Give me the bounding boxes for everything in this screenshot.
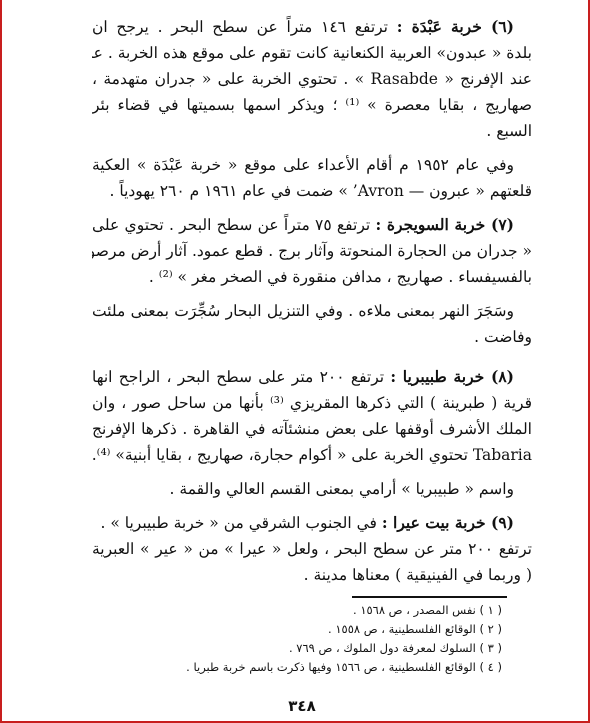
- section-heading: (٦) خربة عَبْدَة :: [397, 17, 514, 36]
- text-line: ( وربما في الفينيقية ) معناها مدينة .: [92, 562, 532, 588]
- text-line: الملك الأشرف أوقفها على بعض منشئآته في ا…: [92, 416, 532, 442]
- text-line: بلدة « عبدون» العربية الكنعانية كانت تقو…: [92, 40, 532, 66]
- section-6: (٦) خربة عَبْدَة : ترتفع ١٤٦ متراً عن سط…: [92, 14, 532, 144]
- section-heading: (٩) خربة بيت عيرا :: [382, 513, 514, 532]
- text-line: (٨) خربة طبيبريا : ترتفع ٢٠٠ متر على سطح…: [92, 364, 532, 390]
- section-7: (٧) خربة السويجرة : ترتفع ٧٥ متراً عن سط…: [92, 212, 532, 290]
- text-line: « جدران من الحجارة المنحوتة وآثار برج . …: [92, 238, 532, 264]
- body-text: (٦) خربة عَبْدَة : ترتفع ١٤٦ متراً عن سط…: [92, 14, 532, 596]
- text-line: وفي عام ١٩٥٢ م أقام الأعداء على موقع « خ…: [92, 152, 532, 178]
- text-line: (٧) خربة السويجرة : ترتفع ٧٥ متراً عن سط…: [92, 212, 532, 238]
- page-number: ٣٤٨: [272, 697, 332, 715]
- text-line: قلعتهم « عبرون — Avron’ » ضمت في عام ١٩٦…: [92, 178, 532, 204]
- section-8-continued: واسم « طبيبريا » أرامي بمعنى القسم العال…: [92, 476, 532, 502]
- section-heading: (٨) خربة طبيبريا :: [390, 367, 514, 386]
- text-line: عند الإفرنج « Rasabde » . تحتوي الخربة ع…: [92, 66, 532, 92]
- section-9: (٩) خربة بيت عيرا : في الجنوب الشرقي من …: [92, 510, 532, 588]
- footnote-4: ( ٤ ) الوقائع الفلسطينية ، ص ١٥٦٦ وفيها …: [152, 658, 502, 677]
- footnote-1: ( ١ ) نفس المصدر ، ص ١٥٦٨ .: [152, 601, 502, 620]
- text-line: ترتفع ٢٠٠ متر عن سطح البحر ، ولعل « عيرا…: [92, 536, 532, 562]
- text-line: Tabaria تحتوي الخربة على « أكوام حجارة، …: [92, 442, 532, 468]
- footnotes: ( ١ ) نفس المصدر ، ص ١٥٦٨ . ( ٢ ) الوقائ…: [152, 601, 502, 677]
- footnote-separator: [352, 596, 507, 598]
- text-line: (٦) خربة عَبْدَة : ترتفع ١٤٦ متراً عن سط…: [92, 14, 532, 40]
- section-7-continued: وسَجَرَ النهر بمعنى ملاءه . وفي التنزيل …: [92, 298, 532, 350]
- section-heading: (٧) خربة السويجرة :: [375, 215, 514, 234]
- text-line: قرية ( طبرينة ) التي ذكرها المقريزي ⁽³⁾ …: [92, 390, 532, 416]
- text-line: بالفسيفساء . صهاريج ، مدافن منقورة في ال…: [92, 264, 532, 290]
- book-page: (٦) خربة عَبْدَة : ترتفع ١٤٦ متراً عن سط…: [0, 0, 590, 723]
- section-6-continued: وفي عام ١٩٥٢ م أقام الأعداء على موقع « خ…: [92, 152, 532, 204]
- footnote-3: ( ٣ ) السلوك لمعرفة دول الملوك ، ص ٧٦٩ .: [152, 639, 502, 658]
- text-line: واسم « طبيبريا » أرامي بمعنى القسم العال…: [92, 476, 532, 502]
- text-line: صهاريج ، بقايا معصرة » ⁽¹⁾ ؛ ويذكر اسمها…: [92, 92, 532, 118]
- text-line: (٩) خربة بيت عيرا : في الجنوب الشرقي من …: [92, 510, 532, 536]
- text-line: السبع .: [92, 118, 532, 144]
- text-line: وفاضت .: [92, 324, 532, 350]
- section-8: (٨) خربة طبيبريا : ترتفع ٢٠٠ متر على سطح…: [92, 364, 532, 468]
- footnote-2: ( ٢ ) الوقائع الفلسطينية ، ص ١٥٥٨ .: [152, 620, 502, 639]
- text-line: وسَجَرَ النهر بمعنى ملاءه . وفي التنزيل …: [92, 298, 532, 324]
